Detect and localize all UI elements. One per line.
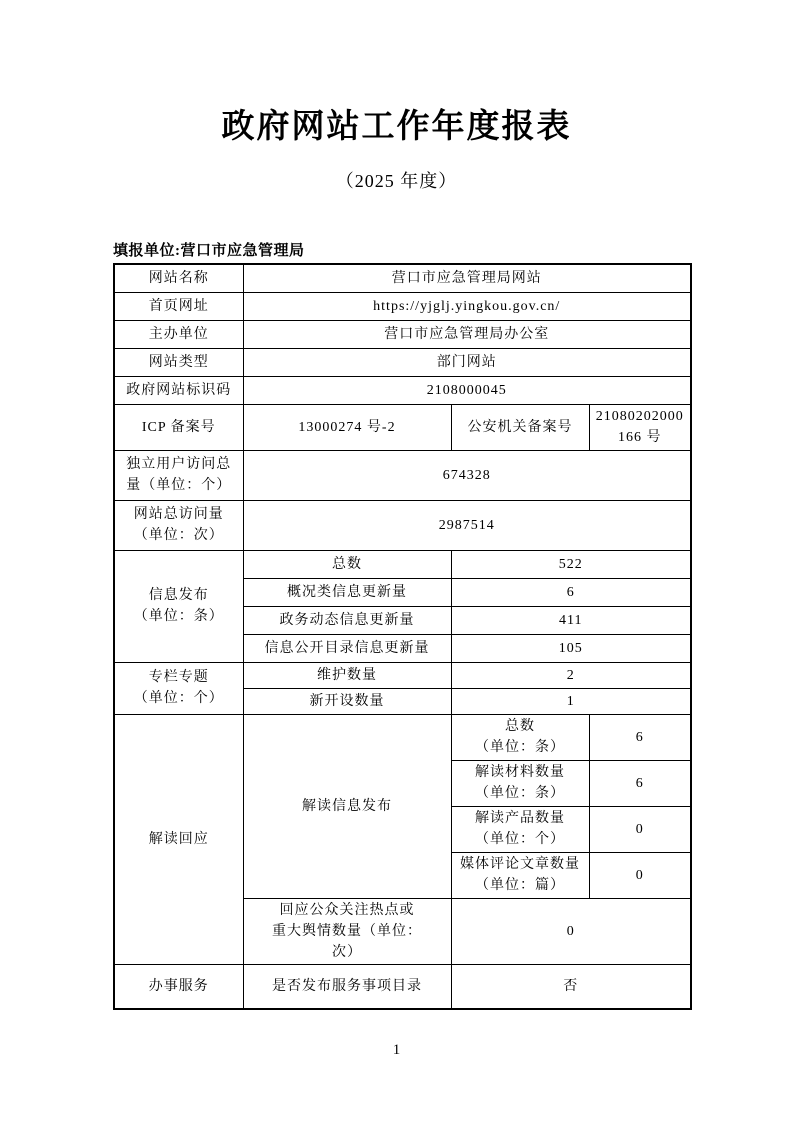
home-url-value: https://yjglj.yingkou.gov.cn/ xyxy=(243,292,691,320)
row-site-name: 网站名称 营口市应急管理局网站 xyxy=(114,264,691,292)
organizer-label: 主办单位 xyxy=(114,320,243,348)
special-columns-section-label: 专栏专题 （单位：个） xyxy=(114,662,243,714)
services-catalog-value: 否 xyxy=(451,964,691,1009)
site-code-label: 政府网站标识码 xyxy=(114,376,243,404)
row-interpretation-total: 解读回应 解读信息发布 总数 （单位：条） 6 xyxy=(114,714,691,760)
site-name-value: 营口市应急管理局网站 xyxy=(243,264,691,292)
info-publish-section-label: 信息发布 （单位：条） xyxy=(114,550,243,662)
info-total-label: 总数 xyxy=(243,550,451,578)
hotspot-response-value: 0 xyxy=(451,898,691,964)
unique-visitors-value: 674328 xyxy=(243,450,691,500)
site-type-label: 网站类型 xyxy=(114,348,243,376)
police-record-label: 公安机关备案号 xyxy=(451,404,589,450)
info-dynamics-label: 政务动态信息更新量 xyxy=(243,606,451,634)
info-total-value: 522 xyxy=(451,550,691,578)
interpretation-publish-label: 解读信息发布 xyxy=(243,714,451,898)
info-directory-value: 105 xyxy=(451,634,691,662)
row-icp: ICP 备案号 13000274 号-2 公安机关备案号 21080202000… xyxy=(114,404,691,450)
organizer-value: 营口市应急管理局办公室 xyxy=(243,320,691,348)
info-overview-label: 概况类信息更新量 xyxy=(243,578,451,606)
site-code-value: 2108000045 xyxy=(243,376,691,404)
report-table: 网站名称 营口市应急管理局网站 首页网址 https://yjglj.yingk… xyxy=(113,263,692,1010)
row-info-total: 信息发布 （单位：条） 总数 522 xyxy=(114,550,691,578)
services-section-label: 办事服务 xyxy=(114,964,243,1009)
interpretation-section-label: 解读回应 xyxy=(114,714,243,964)
site-type-value: 部门网站 xyxy=(243,348,691,376)
info-overview-value: 6 xyxy=(451,578,691,606)
police-record-value: 21080202000 166 号 xyxy=(589,404,691,450)
interpretation-products-value: 0 xyxy=(589,806,691,852)
filing-unit: 填报单位:营口市应急管理局 xyxy=(113,239,305,260)
interpretation-materials-label: 解读材料数量 （单位：条） xyxy=(451,760,589,806)
services-catalog-label: 是否发布服务事项目录 xyxy=(243,964,451,1009)
interpretation-products-label: 解读产品数量 （单位：个） xyxy=(451,806,589,852)
home-url-label: 首页网址 xyxy=(114,292,243,320)
total-visits-label: 网站总访问量 （单位：次） xyxy=(114,500,243,550)
document-page: 政府网站工作年度报表 （2025 年度） 填报单位:营口市应急管理局 网站名称 … xyxy=(0,0,793,1122)
row-services-catalog: 办事服务 是否发布服务事项目录 否 xyxy=(114,964,691,1009)
hotspot-response-label: 回应公众关注热点或 重大舆情数量（单位： 次） xyxy=(243,898,451,964)
row-unique-visitors: 独立用户访问总 量（单位：个） 674328 xyxy=(114,450,691,500)
row-columns-maintained: 专栏专题 （单位：个） 维护数量 2 xyxy=(114,662,691,688)
interpretation-total-value: 6 xyxy=(589,714,691,760)
interpretation-total-label: 总数 （单位：条） xyxy=(451,714,589,760)
site-name-label: 网站名称 xyxy=(114,264,243,292)
interpretation-materials-value: 6 xyxy=(589,760,691,806)
row-site-type: 网站类型 部门网站 xyxy=(114,348,691,376)
interpretation-media-label: 媒体评论文章数量 （单位：篇） xyxy=(451,852,589,898)
row-home-url: 首页网址 https://yjglj.yingkou.gov.cn/ xyxy=(114,292,691,320)
page-number: 1 xyxy=(0,1042,793,1059)
icp-label: ICP 备案号 xyxy=(114,404,243,450)
columns-maintained-value: 2 xyxy=(451,662,691,688)
columns-new-label: 新开设数量 xyxy=(243,688,451,714)
report-title: 政府网站工作年度报表 xyxy=(0,100,793,147)
icp-value: 13000274 号-2 xyxy=(243,404,451,450)
total-visits-value: 2987514 xyxy=(243,500,691,550)
row-total-visits: 网站总访问量 （单位：次） 2987514 xyxy=(114,500,691,550)
columns-new-value: 1 xyxy=(451,688,691,714)
info-directory-label: 信息公开目录信息更新量 xyxy=(243,634,451,662)
row-organizer: 主办单位 营口市应急管理局办公室 xyxy=(114,320,691,348)
row-site-code: 政府网站标识码 2108000045 xyxy=(114,376,691,404)
unique-visitors-label: 独立用户访问总 量（单位：个） xyxy=(114,450,243,500)
columns-maintained-label: 维护数量 xyxy=(243,662,451,688)
report-year: （2025 年度） xyxy=(0,167,793,193)
interpretation-media-value: 0 xyxy=(589,852,691,898)
info-dynamics-value: 411 xyxy=(451,606,691,634)
